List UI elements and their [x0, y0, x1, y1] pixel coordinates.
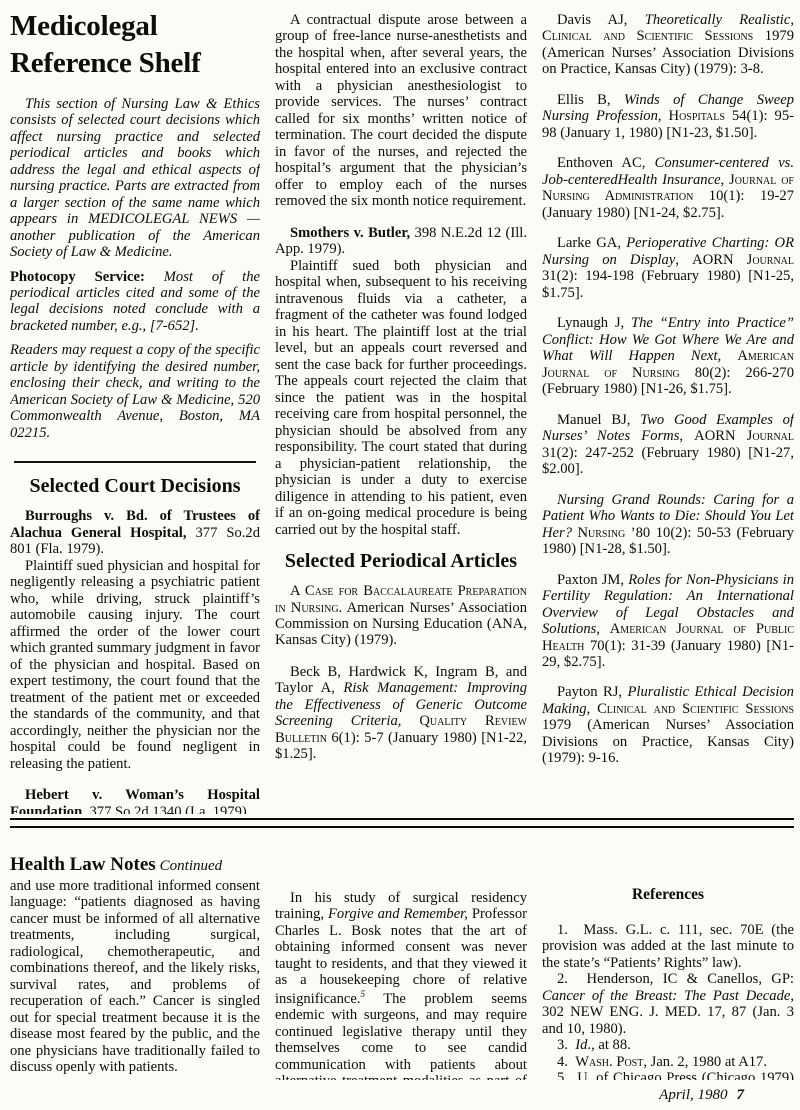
column-left: MedicolegalReference Shelf This section … [10, 6, 260, 814]
column-rule [14, 461, 256, 463]
health-law-notes-title: Health Law Notes [10, 854, 156, 875]
page-title-line2: Reference Shelf [10, 47, 201, 79]
top-section: MedicolegalReference Shelf This section … [10, 6, 794, 814]
notes-column-left: Health Law Notes Continued and use more … [10, 854, 260, 1080]
column-middle-content: A contractual dispute arose between a gr… [275, 12, 527, 763]
bibliography-entry: Lynaugh J, The “Entry into Practice” Con… [542, 315, 794, 397]
bibliography-entry: Nursing Grand Rounds: Caring for a Patie… [542, 492, 794, 558]
health-law-notes-heading: Health Law Notes Continued [10, 854, 260, 876]
notes-column-left-content: and use more traditional informed consen… [10, 878, 260, 1076]
periodical-articles-heading: Selected Periodical Articles [277, 550, 525, 573]
article-paragraph: In his study of surgical residency train… [275, 890, 527, 1080]
column-right: Davis AJ, Theoretically Realistic, Clini… [542, 6, 794, 814]
bibliography-entry: Manuel BJ, Two Good Examples of Nurses’ … [542, 412, 794, 478]
case-summary: A contractual dispute arose between a gr… [275, 12, 527, 210]
references-heading: References [542, 886, 794, 904]
bibliography-entry: A Case for Baccalaureate Preparation in … [275, 583, 527, 649]
bibliography-entry: Beck B, Hardwick K, Ingram B, and Taylor… [275, 664, 527, 763]
notes-column-middle: In his study of surgical residency train… [275, 854, 527, 1080]
column-left-content: This section of Nursing Law & Ethics con… [10, 96, 260, 814]
photocopy-service-note: Photocopy Service: Most of the periodica… [10, 269, 260, 335]
reference-item: 2. Henderson, IC & Canellos, GP: Cancer … [542, 971, 794, 1037]
request-instructions: Readers may request a copy of the specif… [10, 342, 260, 441]
reference-item: 5. U. of Chicago Press (Chicago 1979) at… [542, 1070, 794, 1080]
bibliography-entry: Paxton JM, Roles for Non-Physicians in F… [542, 572, 794, 671]
notes-column-right: References 1. Mass. G.L. c. 111, sec. 70… [542, 854, 794, 1080]
footer-page-number: 7 [737, 1087, 745, 1103]
bibliography-entry: Payton RJ, Pluralistic Ethical Decision … [542, 684, 794, 766]
intro-paragraph: This section of Nursing Law & Ethics con… [10, 96, 260, 261]
court-decisions-heading: Selected Court Decisions [12, 475, 258, 498]
case-citation: Burroughs v. Bd. of Trustees of Alachua … [10, 508, 260, 557]
footer-date: April, 1980 [659, 1087, 727, 1103]
references-list: 1. Mass. G.L. c. 111, sec. 70E (the prov… [542, 922, 794, 1080]
case-summary: Plaintiff sued physician and hospital fo… [10, 558, 260, 772]
column-right-content: Davis AJ, Theoretically Realistic, Clini… [542, 12, 794, 767]
section-divider [10, 818, 794, 828]
page-title: MedicolegalReference Shelf [10, 8, 260, 82]
page-title-line1: Medicolegal [10, 10, 158, 42]
bibliography-entry: Larke GA, Perioperative Charting: OR Nur… [542, 235, 794, 301]
notes-column-middle-content: In his study of surgical residency train… [275, 890, 527, 1080]
bibliography-entry: Ellis B, Winds of Change Sweep Nursing P… [542, 92, 794, 141]
article-paragraph: and use more traditional informed consen… [10, 878, 260, 1076]
health-law-notes-continued-label: Continued [160, 858, 223, 874]
page-footer: April, 19807 [659, 1087, 744, 1104]
case-citation: Smothers v. Butler, 398 N.E.2d 12 (Ill. … [275, 225, 527, 258]
reference-item: 3. Id., at 88. [542, 1037, 794, 1053]
case-summary: Plaintiff sued both physician and hospit… [275, 258, 527, 538]
journal-page: MedicolegalReference Shelf This section … [0, 0, 800, 1110]
column-middle: A contractual dispute arose between a gr… [275, 6, 527, 814]
bibliography-entry: Enthoven AC, Consumer-centered vs. Job-c… [542, 155, 794, 221]
bibliography-entry: Davis AJ, Theoretically Realistic, Clini… [542, 12, 794, 78]
reference-item: 1. Mass. G.L. c. 111, sec. 70E (the prov… [542, 922, 794, 971]
health-law-notes-section: Health Law Notes Continued and use more … [10, 854, 794, 1080]
case-citation: Hebert v. Woman’s Hospital Foundation, 3… [10, 787, 260, 814]
reference-item: 4. Wash. Post, Jan. 2, 1980 at A17. [542, 1054, 794, 1070]
